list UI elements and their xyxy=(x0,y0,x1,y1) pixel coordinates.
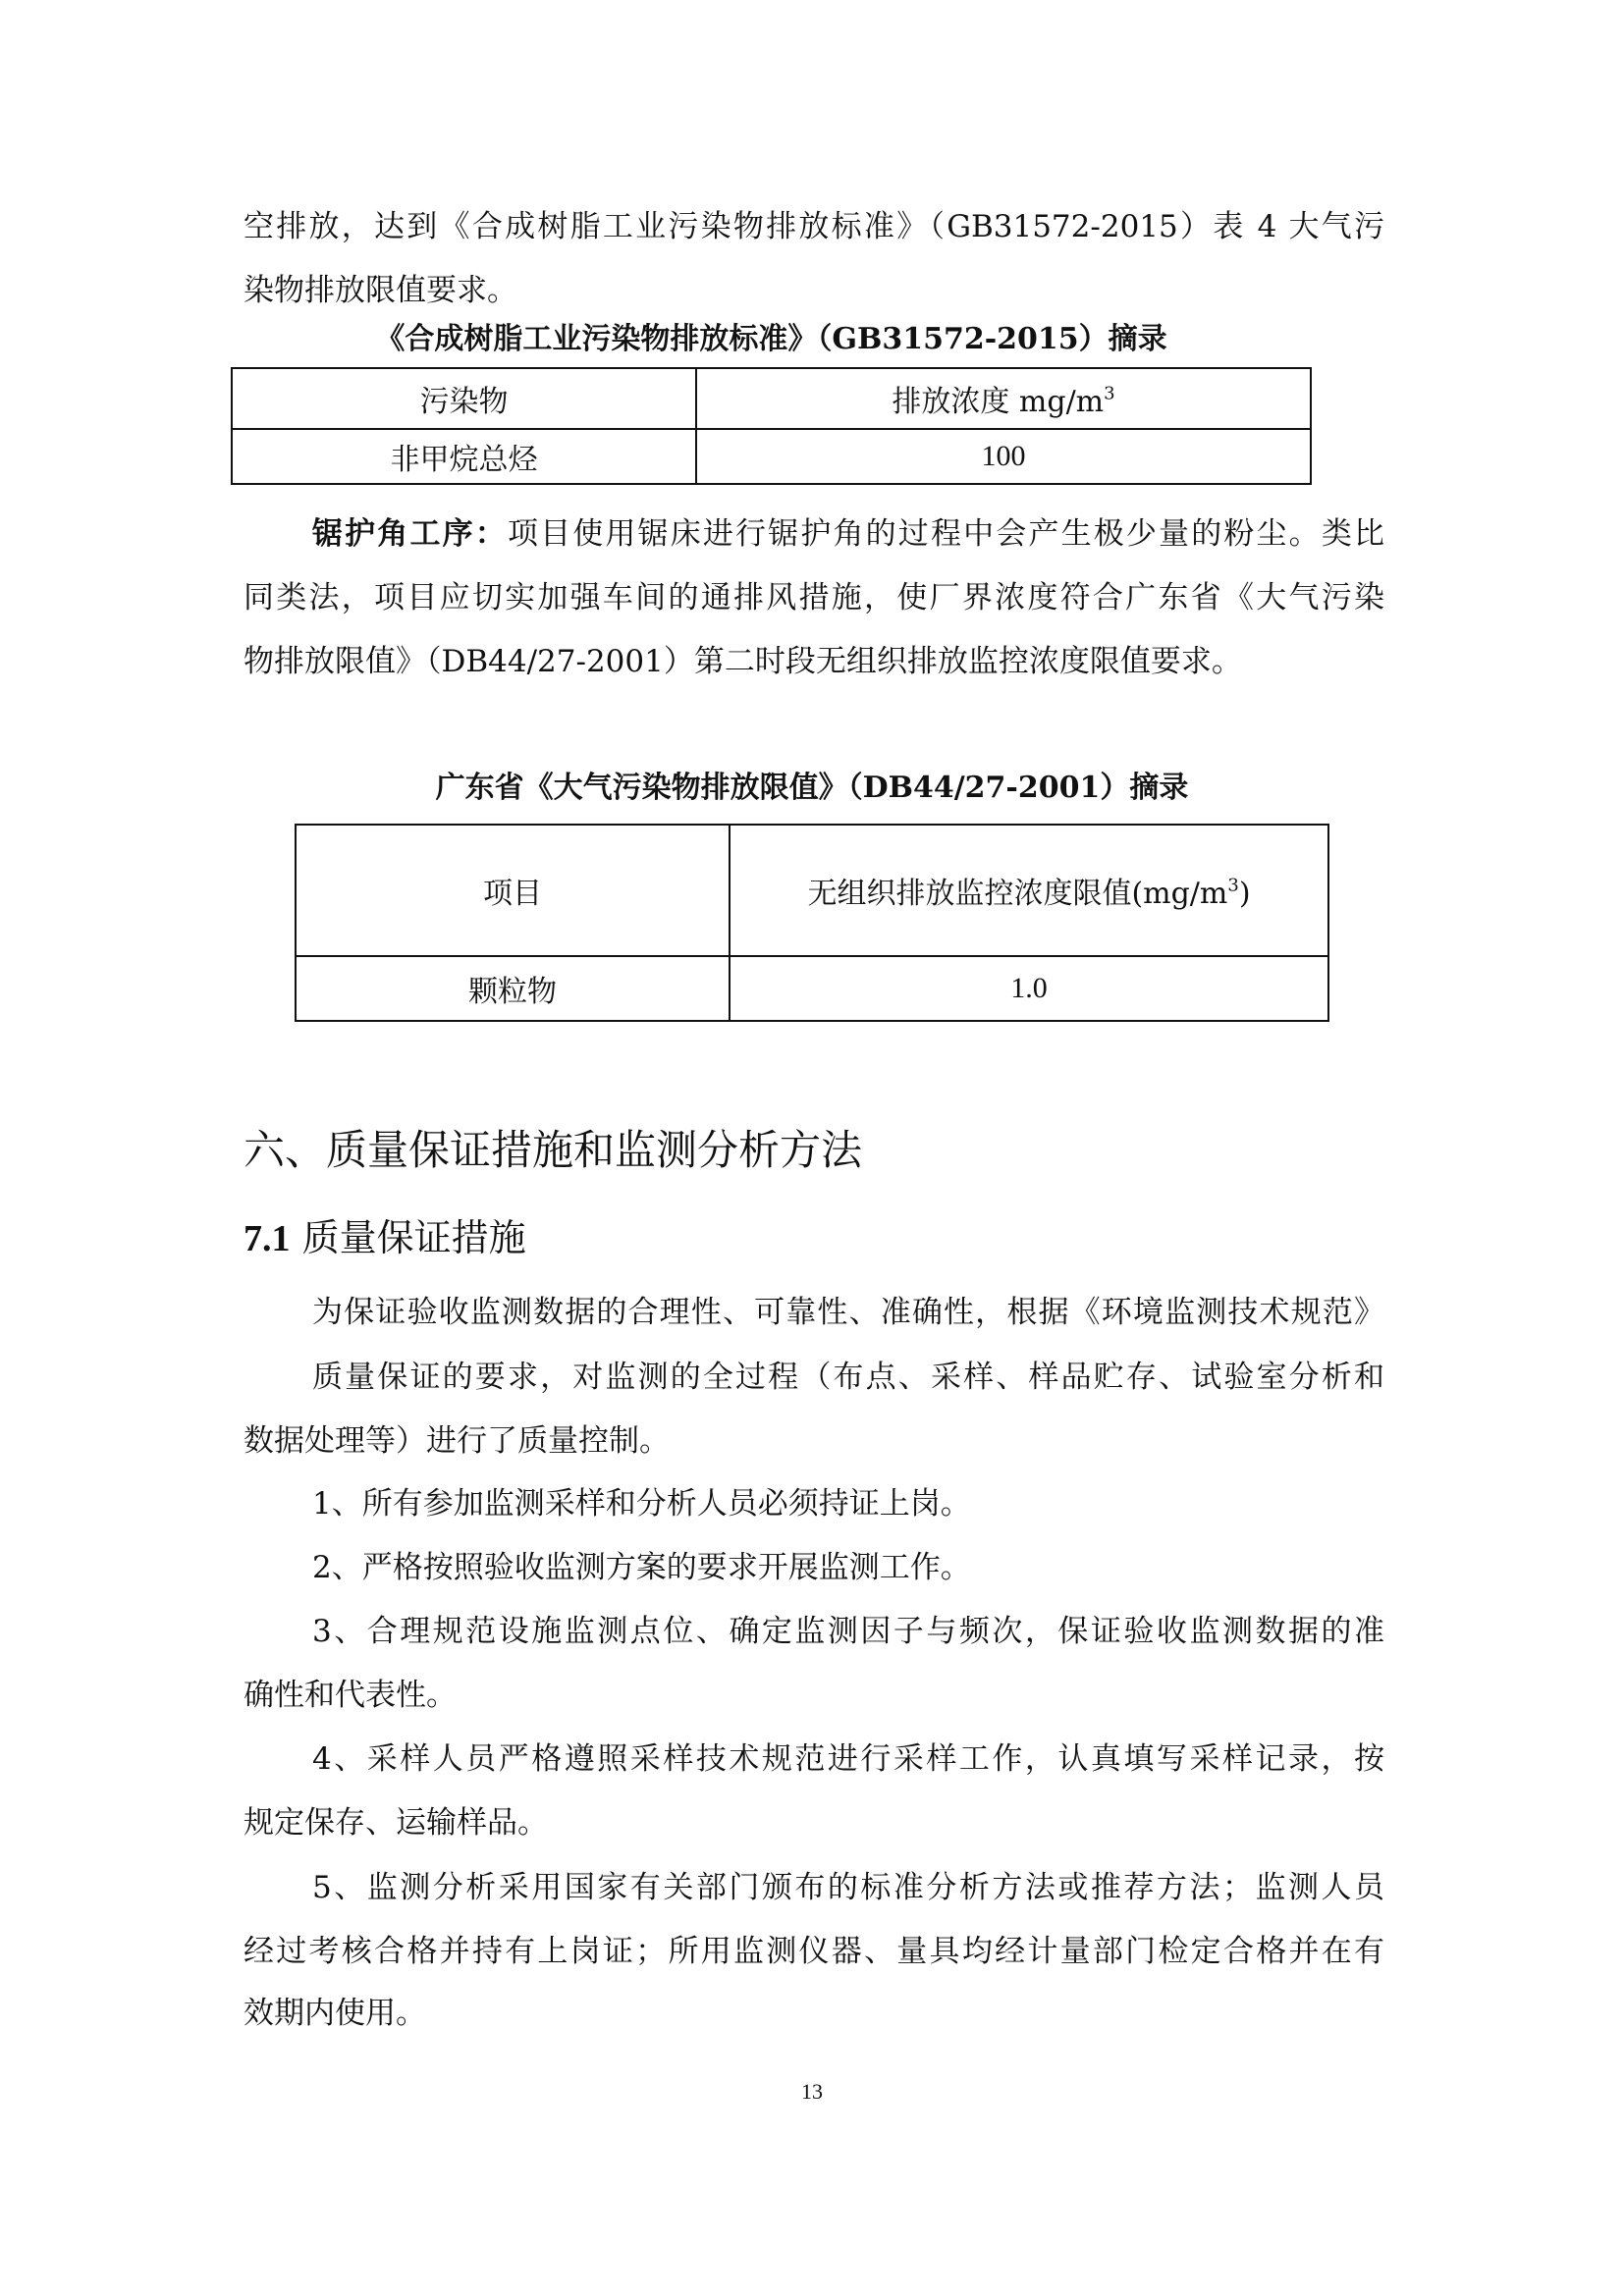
table-cell: 颗粒物 xyxy=(296,956,730,1021)
subsection-heading: 7.1 质量保证措施 xyxy=(244,1215,526,1261)
table-header-row: 污染物 排放浓度 mg/m3 xyxy=(232,368,1311,429)
paragraph-line: 锯护角工序：项目使用锯床进行锯护角的过程中会产生极少量的粉尘。类比 xyxy=(312,514,1384,554)
header-text: ) xyxy=(1239,877,1251,911)
table-caption: 广东省《大气污染物排放限值》（DB44/27-2001）摘录 xyxy=(295,769,1329,808)
table-header-cell: 无组织排放监控浓度限值(mg/m3) xyxy=(730,825,1328,956)
paragraph-line: 质量保证的要求，对监测的全过程（布点、采样、样品贮存、试验室分析和 xyxy=(312,1358,1384,1397)
table-row: 非甲烷总烃 100 xyxy=(232,429,1311,484)
paragraph-line: 染物排放限值要求。 xyxy=(244,271,1384,310)
table-header-cell: 排放浓度 mg/m3 xyxy=(696,368,1311,429)
header-text: 排放浓度 mg/m xyxy=(892,385,1104,419)
list-item: 2、严格按照验收监测方案的要求开展监测工作。 xyxy=(312,1548,1384,1587)
emission-standard-table: 污染物 排放浓度 mg/m3 非甲烷总烃 100 xyxy=(231,367,1312,485)
paragraph-line: 数据处理等）进行了质量控制。 xyxy=(244,1421,1384,1461)
paragraph-text: 项目使用锯床进行锯护角的过程中会产生极少量的粉尘。类比 xyxy=(508,516,1384,552)
table-header-row: 项目 无组织排放监控浓度限值(mg/m3) xyxy=(296,825,1328,956)
superscript: 3 xyxy=(1104,383,1114,403)
list-item-continuation: 确性和代表性。 xyxy=(244,1676,1384,1715)
page-number: 13 xyxy=(0,2079,1624,2105)
subsection-title: 质量保证措施 xyxy=(302,1216,526,1259)
paragraph-lead: 锯护角工序： xyxy=(312,516,508,552)
emission-limit-table: 项目 无组织排放监控浓度限值(mg/m3) 颗粒物 1.0 xyxy=(295,824,1329,1022)
list-item: 1、所有参加监测采样和分析人员必须持证上岗。 xyxy=(312,1484,1384,1523)
list-item-continuation: 经过考核合格并持有上岗证；所用监测仪器、量具均经计量部门检定合格并在有 xyxy=(244,1932,1384,1971)
table-header-cell: 污染物 xyxy=(232,368,696,429)
paragraph-line: 物排放限值》（DB44/27-2001）第二时段无组织排放监控浓度限值要求。 xyxy=(244,642,1384,681)
list-item-continuation: 效期内使用。 xyxy=(244,1994,1384,2033)
list-item-continuation: 规定保存、运输样品。 xyxy=(244,1803,1384,1842)
paragraph-line: 空排放，达到《合成树脂工业污染物排放标准》（GB31572-2015）表 4 大… xyxy=(244,207,1384,246)
table-cell: 100 xyxy=(696,429,1311,484)
table-caption: 《合成树脂工业污染物排放标准》（GB31572-2015）摘录 xyxy=(231,320,1312,359)
table-cell: 非甲烷总烃 xyxy=(232,429,696,484)
paragraph-line: 为保证验收监测数据的合理性、可靠性、准确性，根据《环境监测技术规范》 xyxy=(312,1293,1384,1332)
list-item: 3、合理规范设施监测点位、确定监测因子与频次，保证验收监测数据的准 xyxy=(312,1612,1384,1651)
paragraph-line: 同类法，项目应切实加强车间的通排风措施，使厂界浓度符合广东省《大气污染 xyxy=(244,578,1384,617)
superscript: 3 xyxy=(1227,875,1238,895)
list-item: 4、采样人员严格遵照采样技术规范进行采样工作，认真填写采样记录，按 xyxy=(312,1739,1384,1779)
subsection-number: 7.1 xyxy=(244,1218,291,1259)
table-row: 颗粒物 1.0 xyxy=(296,956,1328,1021)
table-cell: 1.0 xyxy=(730,956,1328,1021)
header-text: 无组织排放监控浓度限值(mg/m xyxy=(807,877,1227,911)
section-heading: 六、质量保证措施和监测分析方法 xyxy=(244,1127,862,1174)
table-header-cell: 项目 xyxy=(296,825,730,956)
list-item: 5、监测分析采用国家有关部门颁布的标准分析方法或推荐方法；监测人员 xyxy=(312,1868,1384,1907)
